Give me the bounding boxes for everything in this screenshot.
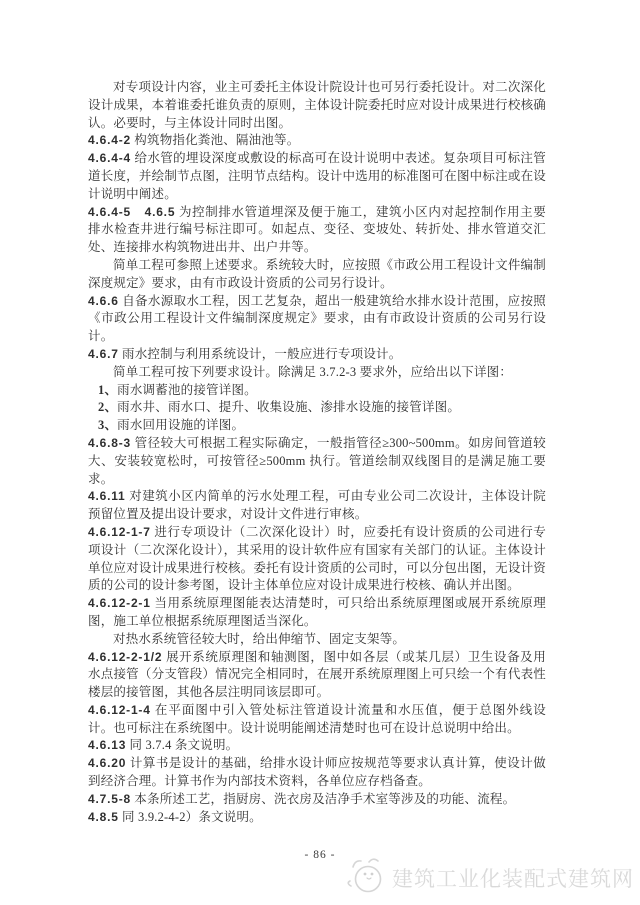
paragraph-text: 给水管的埋设深度或敷设的标高可在设计说明中表述。复杂项目可标注管道长度，并绘制节… [88, 151, 546, 201]
paragraph-text: 简单工程可按下列要求设计。除满足 3.7.2-3 要求外，应给出以下详图： [113, 365, 512, 379]
clause-number: 4.6.7 [88, 347, 119, 361]
list-item: 2、雨水井、雨水口、提升、收集设施、渗排水设施的接管详图。 [88, 399, 546, 417]
clause-number: 4.6.12-1-7 [88, 525, 151, 539]
paragraph: 对热水系统管径较大时，给出伸缩节、固定支架等。 [88, 631, 546, 649]
clause-number: 4.6.13 [88, 738, 126, 752]
paragraph-text: 对专项设计内容，业主可委托主体设计院设计也可另行委托设计。对二次深化设计成果，本… [88, 80, 546, 130]
paragraph-text: 管径较大可根据工程实际确定，一般指管径≥300~500mm。如房间管道较大、安装… [88, 436, 546, 486]
clause-number: 4.6.20 [88, 756, 126, 770]
paragraph-text: 进行专项设计（二次深化设计）时，应委托有设计资质的公司进行专项设计（二次深化设计… [88, 525, 546, 592]
paragraph-text: 在平面图中引入管处标注管道设计流量和水压值，便于总图外线设计。也可标注在系统图中… [88, 703, 546, 735]
paragraph-text: 雨水回用设施的详图。 [117, 418, 244, 432]
clause-number: 4.6.12-2-1 [88, 596, 151, 610]
clause-paragraph: 4.6.12-2-1 当用系统原理图能表达清楚时，可只给出系统原理图或展开系统原… [88, 595, 546, 631]
paragraph-text: 对热水系统管径较大时，给出伸缩节、固定支架等。 [113, 632, 405, 646]
clause-number: 4.6.4-4 [88, 151, 131, 165]
document-page: 对专项设计内容，业主可委托主体设计院设计也可另行委托设计。对二次深化设计成果，本… [0, 0, 640, 905]
paragraph-text: 对建筑小区内简单的污水处理工程，可由专业公司二次设计，主体设计院预留位置及提出设… [88, 489, 546, 521]
clause-number: 4.8.5 [88, 810, 119, 824]
paragraph-text: 构筑物指化粪池、隔油池等。 [134, 133, 299, 147]
watermark-text: 建筑工业化装配式建筑网 [392, 863, 634, 893]
paragraph: 简单工程可参照上述要求。系统较大时，应按照《市政公用工程设计文件编制深度规定》要… [88, 257, 546, 293]
clause-paragraph: 4.6.12-1-7 进行专项设计（二次深化设计）时，应委托有设计资质的公司进行… [88, 524, 546, 595]
paragraph-text: 计算书是设计的基础，给排水设计师应按规范等要求认真计算，使设计做到经济合理。计算… [88, 756, 546, 788]
clause-paragraph: 4.6.4-4 给水管的埋设深度或敷设的标高可在设计说明中表述。复杂项目可标注管… [88, 150, 546, 203]
clause-paragraph: 4.8.5 同 3.9.2-4-2）条文说明。 [88, 809, 546, 827]
clause-paragraph: 4.6.4-2 构筑物指化粪池、隔油池等。 [88, 132, 546, 150]
clause-paragraph: 4.6.20 计算书是设计的基础，给排水设计师应按规范等要求认真计算，使设计做到… [88, 755, 546, 791]
clause-number: 4.6.4-2 [88, 133, 131, 147]
clause-paragraph: 4.6.7 雨水控制与利用系统设计，一般应进行专项设计。 [88, 346, 546, 364]
watermark: 建筑工业化装配式建筑网 [344, 851, 634, 904]
clause-number: 4.6.4-5 4.6.5 [88, 205, 175, 219]
clause-paragraph: 4.6.12-1-4 在平面图中引入管处标注管道设计流量和水压值，便于总图外线设… [88, 702, 546, 738]
list-item: 3、雨水回用设施的详图。 [88, 417, 546, 435]
clause-paragraph: 4.6.11 对建筑小区内简单的污水处理工程，可由专业公司二次设计，主体设计院预… [88, 488, 546, 524]
paragraph-text: 同 3.7.4 条文说明。 [130, 738, 239, 752]
clause-number: 4.6.12-2-1/2 [88, 650, 162, 664]
list-marker: 1、 [98, 383, 117, 397]
paragraph-text: 简单工程可参照上述要求。系统较大时，应按照《市政公用工程设计文件编制深度规定》要… [88, 258, 546, 290]
clause-paragraph: 4.6.8-3 管径较大可根据工程实际确定，一般指管径≥300~500mm。如房… [88, 435, 546, 488]
clause-number: 4.7.5-8 [88, 792, 131, 806]
document-body: 对专项设计内容，业主可委托主体设计院设计也可另行委托设计。对二次深化设计成果，本… [88, 79, 546, 826]
paragraph-text: 自备水源取水工程，因工艺复杂，超出一般建筑给水排水设计范围，应按照《市政公用工程… [88, 294, 546, 344]
clause-paragraph: 4.7.5-8 本条所述工艺，指厨房、洗衣房及洁净手术室等涉及的功能、流程。 [88, 791, 546, 809]
paragraph-text: 本条所述工艺，指厨房、洗衣房及洁净手术室等涉及的功能、流程。 [134, 792, 515, 806]
list-marker: 2、 [98, 400, 117, 414]
paragraph: 对专项设计内容，业主可委托主体设计院设计也可另行委托设计。对二次深化设计成果，本… [88, 79, 546, 132]
clause-paragraph: 4.6.6 自备水源取水工程，因工艺复杂，超出一般建筑给水排水设计范围，应按照《… [88, 293, 546, 346]
paragraph-text: 当用系统原理图能表达清楚时，可只给出系统原理图或展开系统原理图，施工单位根据系统… [88, 596, 546, 628]
paragraph: 简单工程可按下列要求设计。除满足 3.7.2-3 要求外，应给出以下详图： [88, 364, 546, 382]
list-item: 1、雨水调蓄池的接管详图。 [88, 382, 546, 400]
paragraph-text: 雨水调蓄池的接管详图。 [117, 383, 257, 397]
clause-paragraph: 4.6.4-5 4.6.5 为控制排水管道埋深及便于施工，建筑小区内对起控制作用… [88, 204, 546, 257]
clause-number: 4.6.8-3 [88, 436, 131, 450]
paragraph-text: 同 3.9.2-4-2）条文说明。 [122, 810, 262, 824]
cartoon-face-logo-icon [344, 851, 390, 904]
paragraph-text: 雨水控制与利用系统设计，一般应进行专项设计。 [122, 347, 401, 361]
clause-paragraph: 4.6.12-2-1/2 展开系统原理图和轴测图，图中如各层（或某几层）卫生设备… [88, 649, 546, 702]
clause-number: 4.6.12-1-4 [88, 703, 151, 717]
list-marker: 3、 [98, 418, 117, 432]
clause-paragraph: 4.6.13 同 3.7.4 条文说明。 [88, 737, 546, 755]
clause-number: 4.6.11 [88, 489, 126, 503]
paragraph-text: 雨水井、雨水口、提升、收集设施、渗排水设施的接管详图。 [117, 400, 460, 414]
clause-number: 4.6.6 [88, 294, 119, 308]
